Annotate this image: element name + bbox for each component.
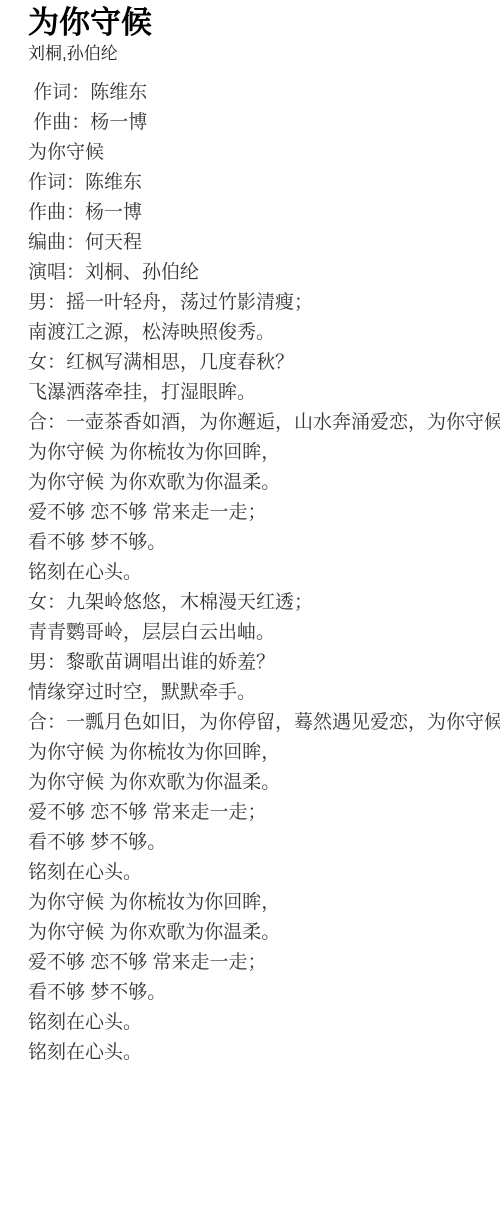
lyric-line: 为你守候 为你欢歌为你温柔。 xyxy=(28,768,500,798)
lyric-line: 为你守候 xyxy=(28,138,500,168)
lyric-line: 编曲：何天程 xyxy=(28,228,500,258)
song-title: 为你守候 xyxy=(28,6,500,40)
lyric-line: 看不够 梦不够。 xyxy=(28,528,500,558)
lyric-line: 飞瀑洒落牵挂，打湿眼眸。 xyxy=(28,378,500,408)
lyric-line: 情缘穿过时空，默默牵手。 xyxy=(28,678,500,708)
lyric-line: 为你守候 为你梳妆为你回眸， xyxy=(28,738,500,768)
lyric-line: 看不够 梦不够。 xyxy=(28,978,500,1008)
lyric-line: 为你守候 为你梳妆为你回眸， xyxy=(28,888,500,918)
lyric-line: 女：红枫写满相思，几度春秋？ xyxy=(28,348,500,378)
lyric-line: 铭刻在心头。 xyxy=(28,1008,500,1038)
lyric-line: 男：黎歌苗调唱出谁的娇羞？ xyxy=(28,648,500,678)
lyric-line: 爱不够 恋不够 常来走一走； xyxy=(28,498,500,528)
credit-line-composer: 作曲：杨一博 xyxy=(28,108,500,138)
lyric-line: 青青鹦哥岭，层层白云出岫。 xyxy=(28,618,500,648)
lyric-line: 合：一壶茶香如酒，为你邂逅，山水奔涌爱恋，为你守候。 xyxy=(28,408,500,438)
lyric-line: 看不够 梦不够。 xyxy=(28,828,500,858)
lyrics-page: 为你守候 刘桐,孙伯纶 作词：陈维东 作曲：杨一博 为你守候 作词：陈维东 作曲… xyxy=(0,0,500,1068)
lyrics-block: 作词：陈维东 作曲：杨一博 为你守候 作词：陈维东 作曲：杨一博 编曲：何天程 … xyxy=(28,78,500,1068)
lyric-line: 为你守候 为你欢歌为你温柔。 xyxy=(28,468,500,498)
lyric-line: 铭刻在心头。 xyxy=(28,858,500,888)
credit-line-lyricist: 作词：陈维东 xyxy=(28,78,500,108)
lyric-line: 南渡江之源，松涛映照俊秀。 xyxy=(28,318,500,348)
lyric-line: 作曲：杨一博 xyxy=(28,198,500,228)
lyric-line: 演唱：刘桐、孙伯纶 xyxy=(28,258,500,288)
lyric-line: 作词：陈维东 xyxy=(28,168,500,198)
artist-name: 刘桐,孙伯纶 xyxy=(28,44,500,64)
lyric-line: 为你守候 为你梳妆为你回眸， xyxy=(28,438,500,468)
lyric-line: 铭刻在心头。 xyxy=(28,1038,500,1068)
lyric-line: 男：摇一叶轻舟，荡过竹影清瘦； xyxy=(28,288,500,318)
lyric-line: 爱不够 恋不够 常来走一走； xyxy=(28,798,500,828)
lyric-line: 女：九架岭悠悠，木棉漫天红透； xyxy=(28,588,500,618)
lyric-line: 铭刻在心头。 xyxy=(28,558,500,588)
lyric-line: 合：一瓢月色如旧，为你停留，蓦然遇见爱恋，为你守候。 xyxy=(28,708,500,738)
lyric-line: 爱不够 恋不够 常来走一走； xyxy=(28,948,500,978)
lyric-line: 为你守候 为你欢歌为你温柔。 xyxy=(28,918,500,948)
